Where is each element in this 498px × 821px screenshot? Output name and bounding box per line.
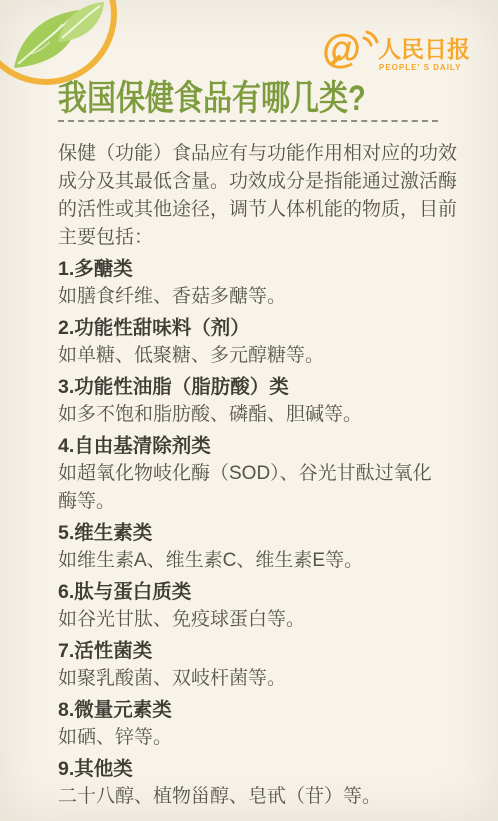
dashed-divider	[58, 120, 438, 122]
section-heading: 2.功能性甜味料（剂）	[58, 314, 478, 342]
logo-subtitle: PEOPLE' S DAILY	[379, 63, 461, 72]
section-desc-line: 如多不饱和脂肪酸、磷酯、胆碱等。	[58, 401, 478, 429]
section-desc-line: 如谷光甘肽、免疫球蛋白等。	[58, 606, 478, 634]
section-heading: 4.自由基清除剂类	[58, 432, 478, 460]
section-block: 6.肽与蛋白质类 如谷光甘肽、免疫球蛋白等。	[58, 578, 478, 634]
intro-paragraph: 保健（功能）食品应有与功能作用相对应的功效 成分及其最低含量。功效成分是指能通过…	[58, 140, 478, 252]
page-title: 我国保健食品有哪几类?	[58, 71, 366, 121]
svg-text:@: @	[322, 27, 361, 71]
section-block: 8.微量元素类 如硒、锌等。	[58, 696, 478, 752]
section-desc-line: 如超氧化物岐化酶（SOD）、谷光甘酞过氧化	[58, 460, 478, 488]
section-heading: 6.肽与蛋白质类	[58, 578, 478, 606]
intro-line: 的活性或其他途径，调节人体机能的物质，目前	[58, 196, 478, 224]
content-column: 保健（功能）食品应有与功能作用相对应的功效 成分及其最低含量。功效成分是指能通过…	[58, 140, 478, 811]
at-magnifier-icon: @	[322, 27, 377, 71]
section-desc-line: 如维生素A、维生素C、维生素E等。	[58, 547, 478, 575]
section-desc-line: 如膳食纤维、香菇多醣等。	[58, 283, 478, 311]
logo-name: 人民日报	[378, 36, 470, 62]
intro-line: 保健（功能）食品应有与功能作用相对应的功效	[58, 140, 478, 168]
section-desc-line: 如单糖、低聚糖、多元醇糖等。	[58, 342, 478, 370]
intro-line: 主要包括：	[58, 224, 478, 252]
section-heading: 1.多醣类	[58, 255, 478, 283]
section-desc-line: 二十八醇、植物甾醇、皂甙（苷）等。	[58, 783, 478, 811]
section-block: 9.其他类 二十八醇、植物甾醇、皂甙（苷）等。	[58, 755, 478, 811]
section-desc-line: 如聚乳酸菌、双岐杆菌等。	[58, 665, 478, 693]
section-block: 7.活性菌类 如聚乳酸菌、双岐杆菌等。	[58, 637, 478, 693]
people-daily-logo: @ 人民日报 PEOPLE' S DAILY	[320, 24, 480, 76]
section-block: 1.多醣类 如膳食纤维、香菇多醣等。	[58, 255, 478, 311]
section-heading: 5.维生素类	[58, 519, 478, 547]
section-desc-line: 如硒、锌等。	[58, 724, 478, 752]
section-block: 3.功能性油脂（脂肪酸）类 如多不饱和脂肪酸、磷酯、胆碱等。	[58, 373, 478, 429]
section-heading: 9.其他类	[58, 755, 478, 783]
section-block: 2.功能性甜味料（剂） 如单糖、低聚糖、多元醇糖等。	[58, 314, 478, 370]
intro-line: 成分及其最低含量。功效成分是指能通过激活酶	[58, 168, 478, 196]
section-heading: 8.微量元素类	[58, 696, 478, 724]
section-heading: 7.活性菌类	[58, 637, 478, 665]
section-block: 5.维生素类 如维生素A、维生素C、维生素E等。	[58, 519, 478, 575]
section-desc-line: 酶等。	[58, 488, 478, 516]
section-block: 4.自由基清除剂类 如超氧化物岐化酶（SOD）、谷光甘酞过氧化 酶等。	[58, 432, 478, 516]
poster-canvas: @ 人民日报 PEOPLE' S DAILY 我国保健食品有哪几类? 保健（功能…	[0, 0, 498, 821]
section-heading: 3.功能性油脂（脂肪酸）类	[58, 373, 478, 401]
